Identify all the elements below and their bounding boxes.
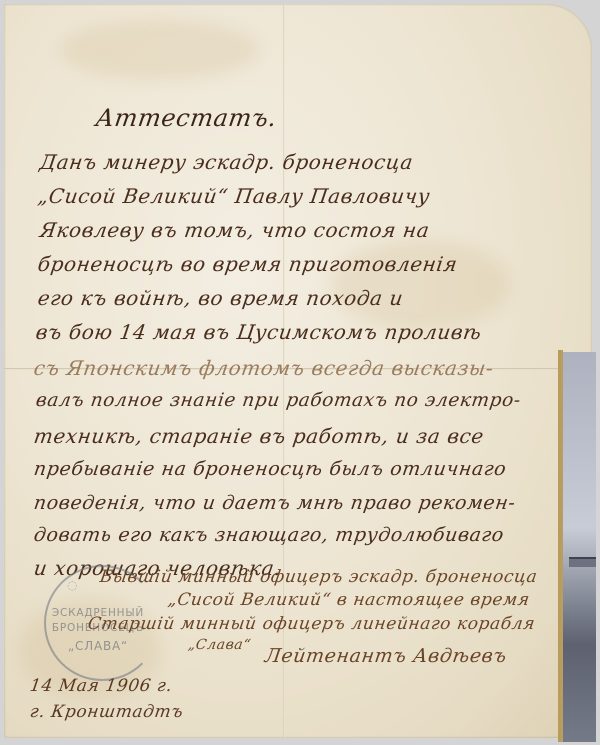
document-title: Аттестатъ. [94,104,279,132]
body-line: поведенія, что и даетъ мнѣ право рекомен… [32,492,517,514]
body-line: броненосцѣ во время приготовленія [36,252,459,276]
body-line: валъ полное знаніе при работахъ по элект… [35,390,523,411]
signature-block-line: Старшій минный офицеръ линейнаго корабля [87,614,537,634]
signature-block-line: „Слава“ [187,637,252,653]
attached-photo-strip [563,352,596,742]
body-line: съ Японскимъ флотомъ всегда высказы- [32,356,495,380]
document-place: г. Кронштадтъ [29,702,185,722]
body-line: его къ войнѣ, во время похода и [36,286,405,310]
stamp-blue-mark: ◌ [67,578,77,592]
stamp-text: „СЛАВА“ [38,639,158,653]
signature-block-line: Бывшій минный офицеръ эскадр. броненосца [99,567,539,587]
body-line: Яковлеву въ томъ, что состоя на [38,218,431,242]
body-line: довать его какъ знающаго, трудолюбиваго [32,524,505,546]
body-line: пребываніе на броненосцѣ былъ отличнаго [32,458,507,480]
body-line: Данъ минеру эскадр. броненосца [38,150,414,174]
signature-block-line: „Сисой Великий“ в настоящее время [167,590,531,610]
body-line: „Сисой Великий“ Павлу Павловичу [36,184,431,208]
body-line: въ бою 14 мая въ Цусимскомъ проливѣ [34,320,483,344]
paper-stain [60,20,260,80]
body-line: техникѣ, стараніе въ работѣ, и за все [32,424,485,448]
document-date: 14 Мая 1906 г. [29,676,174,696]
signature: Лейтенантъ Авдѣевъ [263,645,508,667]
